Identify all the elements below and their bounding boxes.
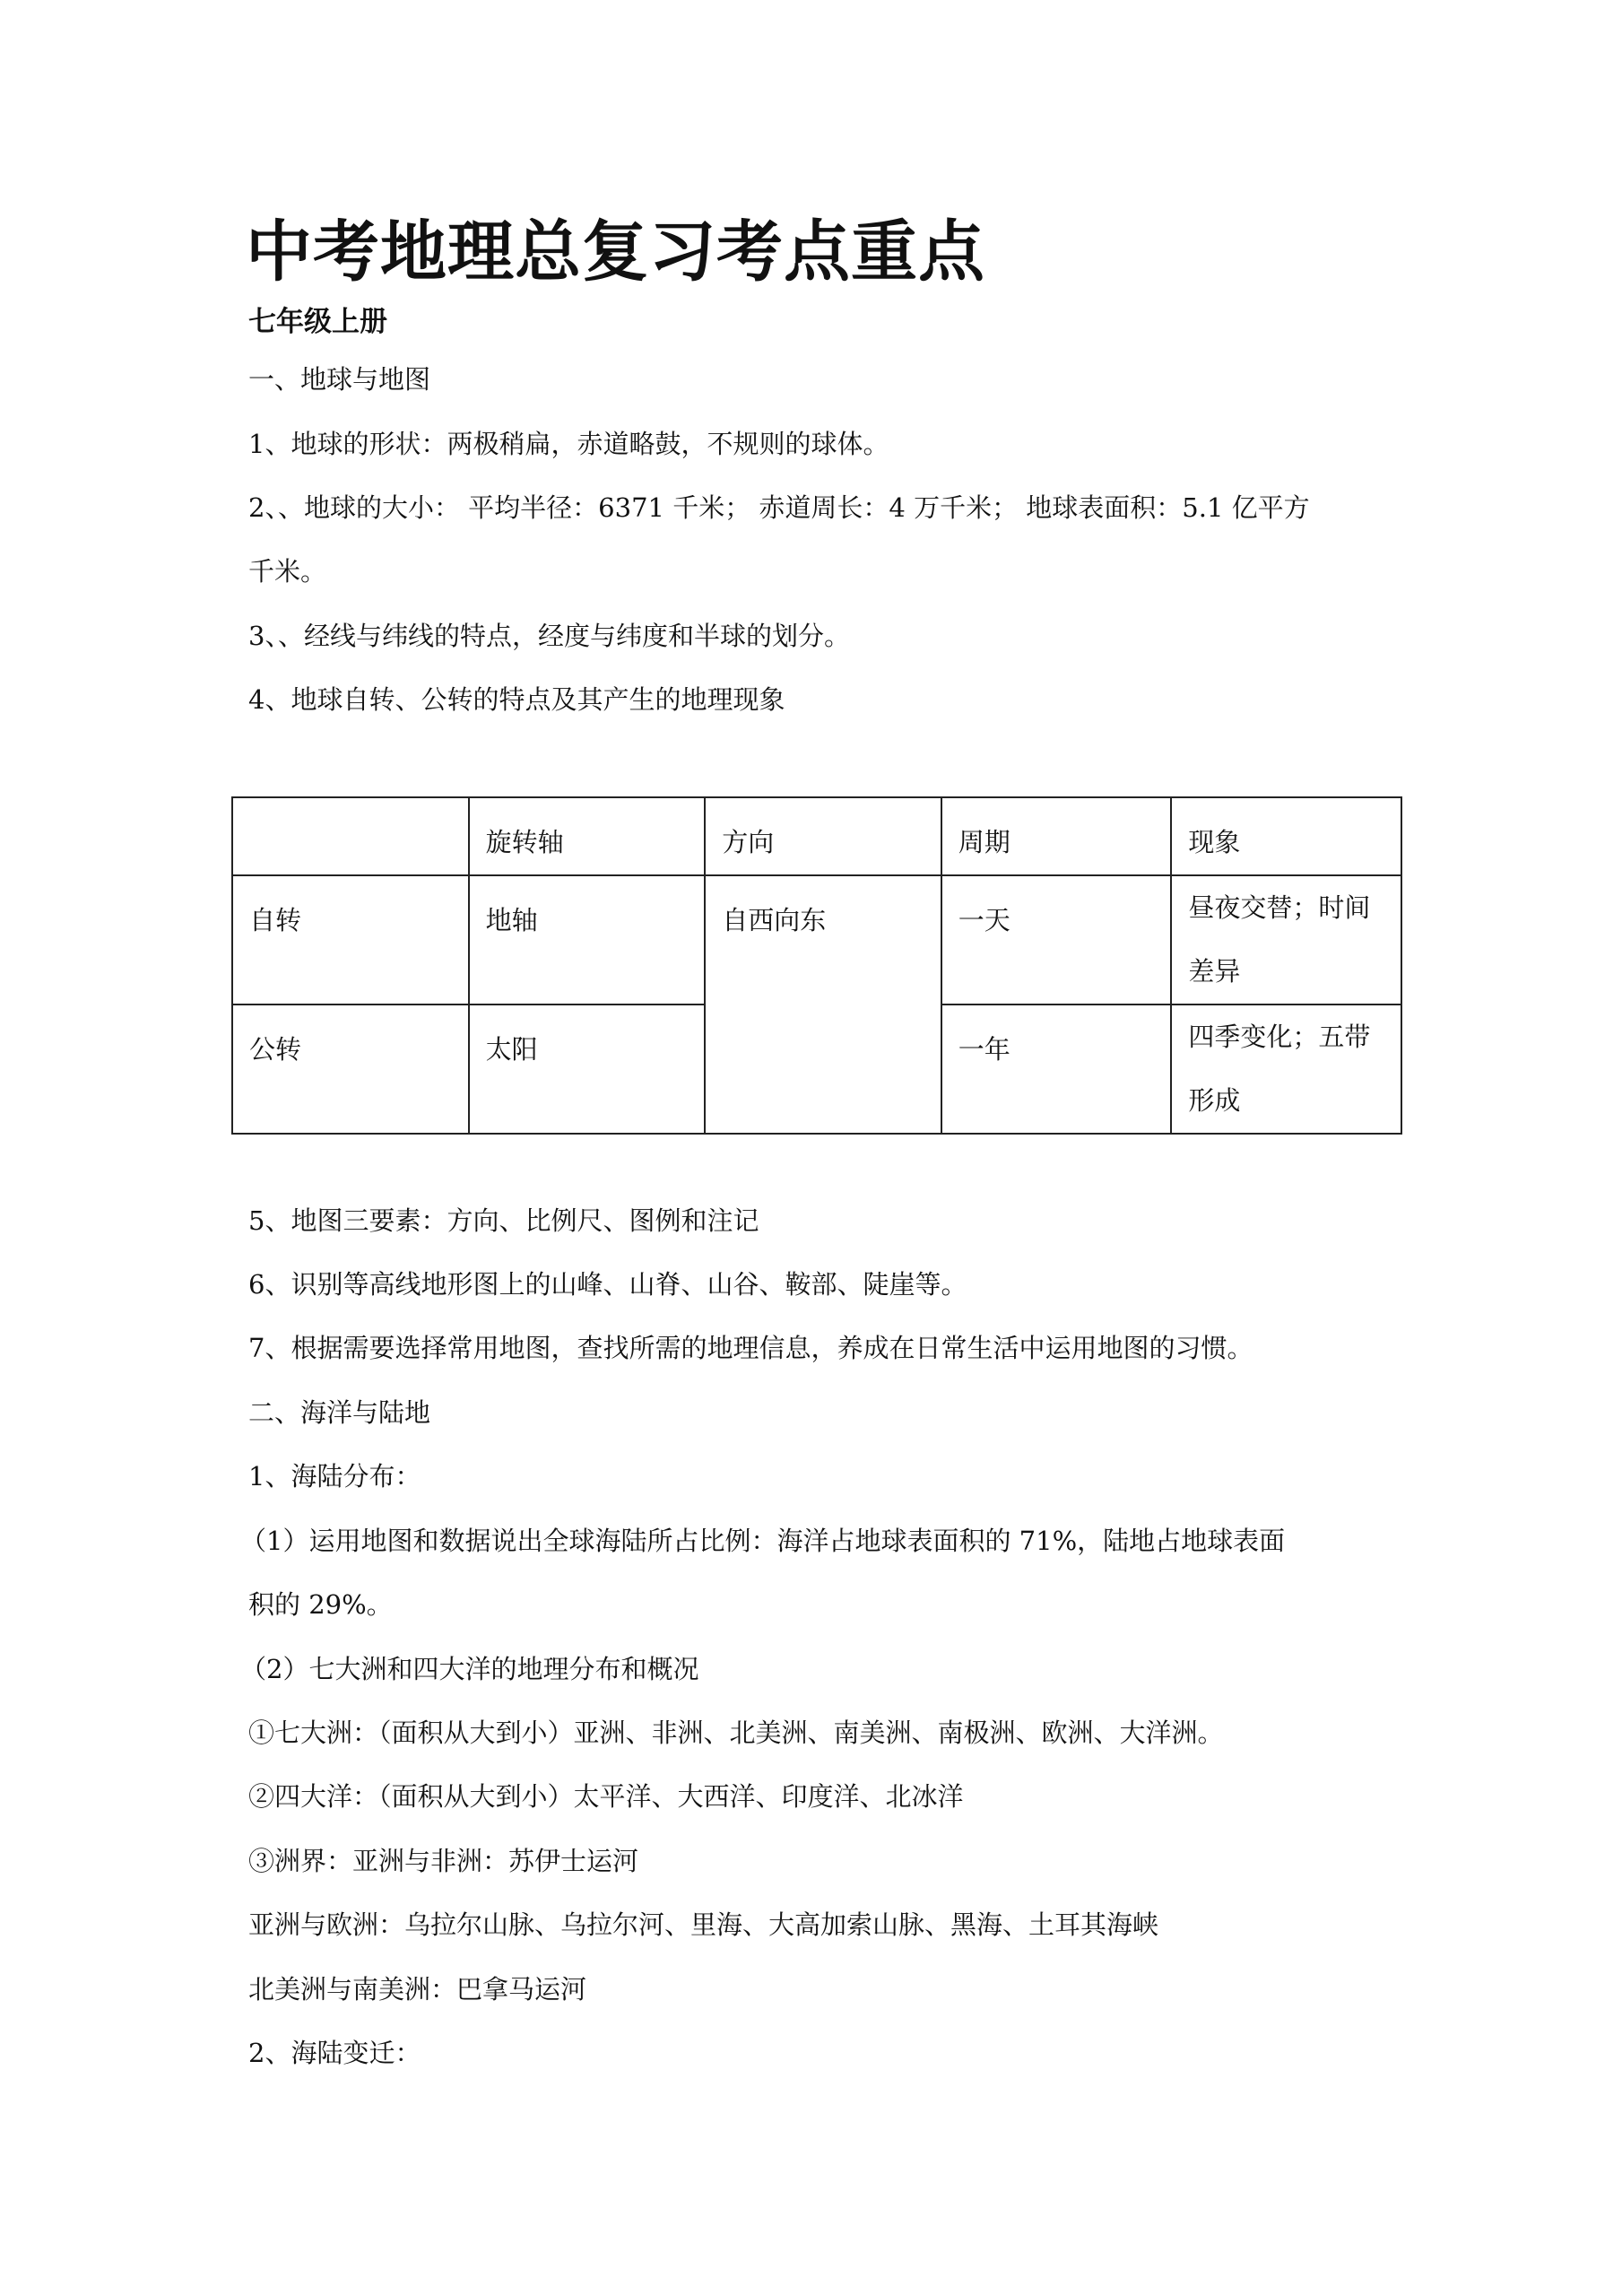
table-row: 自转 地轴 自西向东 一天 昼夜交替；时间 差异 xyxy=(232,875,1401,1004)
cell-line: 形成 xyxy=(1188,1069,1384,1133)
table-header-cell: 现象 xyxy=(1171,797,1401,875)
table-header-cell xyxy=(232,797,469,875)
list-item: 5、地图三要素：方向、比例尺、图例和注记 xyxy=(248,1205,759,1237)
table-header-row: 旋转轴 方向 周期 现象 xyxy=(232,797,1401,875)
list-item: 2、、地球的大小： 平均半径：6371 千米； 赤道周长：4 万千米； 地球表面… xyxy=(248,491,1310,524)
list-item: （2）七大洲和四大洋的地理分布和概况 xyxy=(240,1653,698,1685)
page-title: 中考地理总复习考点重点 xyxy=(246,199,985,294)
table-cell: 公转 xyxy=(232,1004,469,1134)
cell-line: 差异 xyxy=(1188,940,1384,1004)
table-cell: 一天 xyxy=(941,875,1172,1004)
list-item: 1、海陆分布： xyxy=(248,1460,421,1492)
table-cell: 自转 xyxy=(232,875,469,1004)
list-item: ①七大洲：（面积从大到小）亚洲、非洲、北美洲、南美洲、南极洲、欧洲、大洋洲。 xyxy=(248,1717,1224,1749)
cell-line: 昼夜交替；时间 xyxy=(1188,876,1384,940)
document-page: 中考地理总复习考点重点 七年级上册 一、地球与地图 1、地球的形状：两极稍扁，赤… xyxy=(0,0,1622,2296)
list-item: ②四大洋：（面积从大到小）太平洋、大西洋、印度洋、北冰洋 xyxy=(248,1780,964,1813)
grade-subtitle: 七年级上册 xyxy=(248,299,387,339)
list-item: 4、地球自转、公转的特点及其产生的地理现象 xyxy=(248,683,785,716)
list-item: 6、识别等高线地形图上的山峰、山脊、山谷、鞍部、陡崖等。 xyxy=(248,1268,967,1300)
list-item-continuation: 积的 29%。 xyxy=(248,1588,393,1621)
list-item-continuation: 千米。 xyxy=(248,555,326,587)
list-item: 3、、经线与纬线的特点，经度与纬度和半球的划分。 xyxy=(248,620,850,652)
table-cell: 四季变化；五带 形成 xyxy=(1171,1004,1401,1134)
list-item: 北美洲与南美洲：巴拿马运河 xyxy=(248,1973,586,2005)
list-item: 7、根据需要选择常用地图，查找所需的地理信息，养成在日常生活中运用地图的习惯。 xyxy=(248,1332,1253,1364)
table-cell: 地轴 xyxy=(469,875,706,1004)
table-cell: 一年 xyxy=(941,1004,1172,1134)
table-header-cell: 方向 xyxy=(705,797,941,875)
list-item: （1）运用地图和数据说出全球海陆所占比例：海洋占地球表面积的 71%，陆地占地球… xyxy=(240,1525,1285,1557)
list-item: ③洲界：亚洲与非洲：苏伊士运河 xyxy=(248,1845,638,1877)
table-cell: 太阳 xyxy=(469,1004,706,1134)
rotation-revolution-table: 旋转轴 方向 周期 现象 自转 地轴 自西向东 一天 昼夜交替；时间 差异 公转… xyxy=(231,796,1402,1135)
cell-line: 四季变化；五带 xyxy=(1188,1005,1384,1069)
section-heading-ocean-and-land: 二、海洋与陆地 xyxy=(248,1396,430,1429)
table-header-cell: 旋转轴 xyxy=(469,797,706,875)
section-heading-earth-and-maps: 一、地球与地图 xyxy=(248,363,430,396)
list-item: 亚洲与欧洲：乌拉尔山脉、乌拉尔河、里海、大高加索山脉、黑海、土耳其海峡 xyxy=(248,1909,1158,1941)
table-cell: 昼夜交替；时间 差异 xyxy=(1171,875,1401,1004)
table-cell-merged: 自西向东 xyxy=(705,875,941,1134)
list-item: 1、地球的形状：两极稍扁，赤道略鼓，不规则的球体。 xyxy=(248,428,889,460)
list-item: 2、海陆变迁： xyxy=(248,2037,421,2069)
table-header-cell: 周期 xyxy=(941,797,1172,875)
